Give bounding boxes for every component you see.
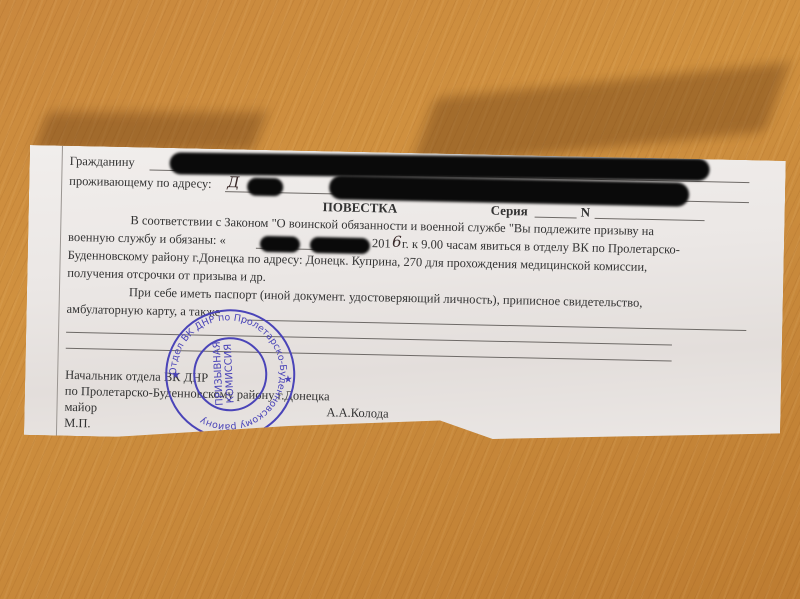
address-label: проживающему по адресу:: [69, 174, 212, 192]
left-margin-line: [56, 146, 63, 436]
redaction-address-part1: [247, 178, 283, 197]
number-label: N: [581, 205, 591, 221]
also-line-2: [66, 332, 672, 346]
seal-label: М.П.: [64, 416, 91, 432]
draft-notice-paper: Гражданину проживающему по адресу: Д ПОВ…: [24, 145, 786, 451]
stamp-star-icon: ★: [283, 374, 292, 385]
document-title: ПОВЕСТКА: [323, 199, 398, 217]
number-line: [595, 218, 705, 221]
stamp-center-text: ПРИЗЫВНАЯ КОМИССИЯ: [211, 330, 255, 416]
paragraph1-line2b: г. к 9.00 часам явиться в отделу ВК по П…: [402, 237, 680, 258]
year-prefix: 201: [372, 236, 391, 251]
series-label: Серия: [491, 203, 528, 220]
signature-rank: майор: [64, 400, 97, 416]
paragraph1-line4: получения отсрочки от призыва и др.: [67, 266, 266, 285]
year-handwritten-digit: 6: [392, 233, 402, 251]
signature-name: А.А.Колода: [326, 405, 388, 421]
stamp-star-icon: ★: [171, 370, 180, 381]
series-line: [535, 217, 577, 219]
paragraph1-line2a: военную службу и обязаны: «: [68, 230, 226, 248]
also-line-3: [66, 348, 672, 362]
official-stamp: Отдел ВК ДНР по Пролетарско-Буденновском…: [162, 306, 298, 442]
redaction-date-day: [260, 236, 300, 253]
redaction-date-month: [310, 237, 370, 254]
also-line-1: [246, 320, 746, 331]
address-handwritten: Д: [227, 173, 240, 191]
citizen-label: Гражданину: [70, 154, 135, 170]
